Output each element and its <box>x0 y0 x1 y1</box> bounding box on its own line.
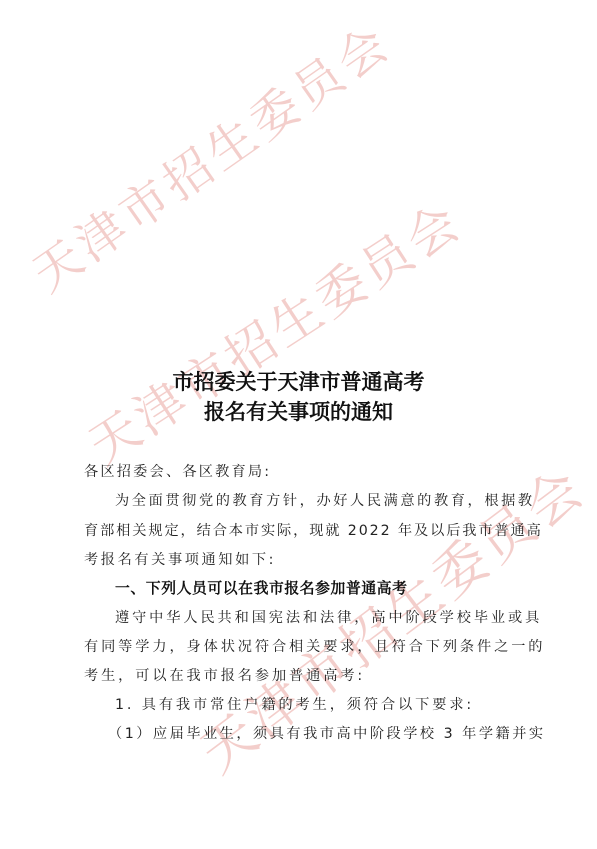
document-title-line-2: 报名有关事项的通知 <box>0 396 597 426</box>
document-page: 天津市招生委员会 天津市招生委员会 天津市招生委员会 市招委关于天津市普通高考 … <box>0 0 597 849</box>
document-title-line-1: 市招委关于天津市普通高考 <box>0 366 597 396</box>
section-heading: 一、下列人员可以在我市报名参加普通高考 <box>115 577 545 598</box>
document-content: 市招委关于天津市普通高考 报名有关事项的通知 各区招委会、各区教育局: 为全面贯… <box>0 0 597 849</box>
intro-paragraph-line: 考报名有关事项通知如下: <box>84 549 514 569</box>
section-paragraph-line: 有同等学力，身体状况符合相关要求，且符合下列条件之一的 <box>84 636 514 656</box>
list-subitem: （1）应届毕业生，须具有我市高中阶段学校 3 年学籍并实 <box>108 723 538 743</box>
section-paragraph-line: 遵守中华人民共和国宪法和法律，高中阶段学校毕业或具 <box>115 607 545 627</box>
list-item: 1. 具有我市常住户籍的考生，须符合以下要求: <box>115 694 545 714</box>
salutation: 各区招委会、各区教育局: <box>84 461 514 481</box>
intro-paragraph-line: 为全面贯彻党的教育方针，办好人民满意的教育，根据教 <box>115 490 545 510</box>
section-paragraph-line: 考生，可以在我市报名参加普通高考: <box>84 665 514 685</box>
intro-paragraph-line: 育部相关规定，结合本市实际，现就 2022 年及以后我市普通高 <box>84 520 514 540</box>
